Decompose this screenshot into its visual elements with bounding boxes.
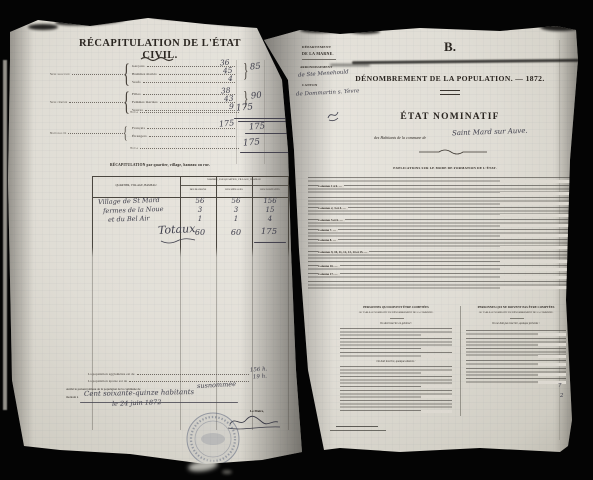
column-lines	[466, 368, 566, 376]
ink-rule	[234, 118, 288, 119]
margin-mark: 2	[560, 394, 564, 400]
table-row-value: 4	[256, 216, 284, 223]
montant-label: montant à	[66, 396, 78, 399]
francais-value: 175	[219, 119, 235, 128]
mairie-stamp	[184, 410, 242, 468]
include-subhead2: On doit inscrire, quoique absents :	[338, 360, 454, 363]
date-value: le 24 juin 1872	[112, 399, 162, 407]
torn-edge	[210, 18, 260, 25]
table-row-value: 56	[224, 198, 248, 205]
departement-label: DÉPARTEMENT	[302, 46, 331, 50]
column-lines	[340, 338, 452, 350]
veufs-label: Veufs	[132, 80, 141, 84]
scanned-census-spread: RÉCAPITULATION DE L'ÉTAT CIVIL. Sexe mas…	[0, 0, 593, 480]
table-total-value: 60	[188, 229, 212, 237]
paper-smudge	[222, 470, 232, 474]
form-ruling	[264, 60, 265, 164]
exclude-subhead1: On ne doit pas inscrire, quoique présent…	[464, 322, 568, 325]
group-nationalite-row: Nationalité	[50, 131, 124, 135]
table-row-value: 15	[256, 207, 284, 214]
arrete-value: susnommée	[197, 381, 236, 390]
paragraph-lines	[308, 197, 574, 205]
torn-edge	[350, 29, 380, 34]
brace-feminin	[123, 89, 130, 115]
title-ornament	[140, 56, 178, 62]
table-row-value: 1	[224, 216, 248, 223]
ink-rule	[254, 242, 286, 243]
table-col-header: QUARTIER, VILLAGE, HAMEAU	[94, 184, 178, 187]
group-masculin-row: Sexe masculin	[50, 72, 124, 76]
etat-title: ÉTAT NOMINATIF	[368, 112, 532, 122]
columns-divider	[460, 306, 461, 416]
column-lines	[340, 352, 452, 358]
commune-prefix: des Habitants de la commune de	[374, 136, 426, 140]
column-lines	[466, 330, 566, 336]
table-vline	[252, 176, 253, 430]
exclude-column-subheader: AU TABLEAU NOMINATIF DU DÉNOMBREMENT DE …	[464, 312, 568, 315]
group-nationalite-label: Nationalité	[50, 131, 66, 135]
column-lines	[466, 348, 566, 358]
table-total-value: 60	[224, 229, 248, 237]
dotted-leader	[68, 132, 123, 134]
femmes-mariees-label: Femmes mariées	[132, 100, 158, 104]
pop-eparse-label: La population éparse est de	[88, 379, 127, 383]
torn-edge	[300, 27, 340, 33]
table-row-value: 3	[188, 207, 212, 214]
dotted-leader	[69, 101, 123, 103]
group-feminin-label: Sexe féminin	[50, 100, 67, 104]
ink-rule	[240, 152, 294, 153]
include-column-header: PERSONNES QUI DOIVENT ÊTRE COMPTÉES	[338, 306, 454, 309]
total2-value: 175	[243, 138, 261, 148]
masculin-sum: 85	[250, 63, 262, 72]
recap-subtitle: RÉCAPITULATION par quartier, village, ha…	[70, 164, 250, 168]
paragraph-lead: Colonnes 1 à 6. —	[318, 185, 344, 188]
table-vline	[288, 176, 289, 430]
paragraph-lines	[308, 229, 574, 237]
paragraph-lines	[308, 219, 574, 227]
paragraph-lines	[308, 265, 574, 271]
paragraph-lead: Colonnes 2, 3 et 4. —	[318, 207, 348, 210]
table-row-name: fermes de la Noue	[103, 206, 164, 215]
brace-nationalite	[123, 124, 127, 141]
paragraph-lead: Colonne 7. —	[318, 229, 338, 232]
table-sub-header-menages: DES MÉNAGES	[217, 189, 251, 192]
table-header-sep	[180, 185, 289, 186]
canton-label: CANTON	[302, 84, 318, 88]
column-lines	[466, 338, 566, 346]
paragraph-lines	[308, 273, 574, 279]
hommes-maries-label: Hommes mariés	[132, 72, 157, 76]
table-total-value: 175	[254, 228, 284, 237]
exclude-column-header: PERSONNES QUI NE DOIVENT PAS ÊTRE COMPTÉ…	[464, 306, 568, 309]
paragraph-lines	[308, 207, 574, 217]
veufs-value: 4	[228, 75, 233, 83]
garcons-label: Garçons	[132, 64, 145, 68]
table-row-value: 156	[256, 198, 284, 205]
paragraph-lines	[308, 239, 574, 249]
sum-brace-masculin	[243, 61, 248, 81]
group-feminin-row: Sexe féminin	[50, 100, 124, 104]
torn-edge	[150, 12, 210, 19]
paragraph-lead: Colonne 17. —	[318, 273, 340, 276]
total1-value: 175	[236, 103, 254, 113]
ink-rule	[245, 133, 293, 134]
paragraph-lead: Colonne 8. —	[318, 239, 338, 242]
totals-flourish	[160, 238, 196, 244]
dotted-leader	[149, 135, 235, 137]
table-sub-header-habitants: DES HABITANTS	[253, 189, 287, 192]
heading-flourish	[418, 148, 488, 156]
paragraph-lead: Colonnes 5 et 6. —	[318, 219, 345, 222]
paragraph-lead: Colonnes 9, 10, 11, 12, 13, 14 et 15. —	[318, 251, 369, 254]
ink-paraph	[326, 108, 340, 122]
scan-streak	[330, 64, 370, 66]
corner-rule	[302, 59, 336, 60]
series-letter: B.	[438, 40, 462, 54]
brace-masculin	[123, 61, 130, 87]
column-rule	[390, 318, 404, 319]
dotted-leader	[140, 147, 239, 149]
table-row-name: et du Bel Air	[108, 215, 150, 223]
pop-agglomeree-label: La population agglomérée est de	[88, 372, 135, 376]
paragraph-lead: Colonne 16. —	[318, 265, 340, 268]
table-row-value: 56	[188, 198, 212, 205]
departement-name: DE LA MARNE.	[302, 52, 334, 56]
table-vline	[216, 176, 217, 430]
francais-label: Français	[132, 126, 145, 130]
table-top-border	[92, 176, 289, 177]
veufs-row: Veufs	[132, 80, 236, 84]
column-lines	[466, 360, 566, 366]
main-title: DÉNOMBREMENT DE LA POPULATION. — 1872.	[328, 75, 572, 83]
paragraph-lines	[308, 177, 574, 183]
column-lines	[340, 328, 452, 336]
column-lines	[340, 366, 452, 374]
etrangers-row: Étrangers	[132, 134, 236, 138]
total1-row: Total	[130, 110, 240, 114]
arrondissement-label: ARRONDISSEMENT	[300, 66, 332, 69]
group-masculin-label: Sexe masculin	[50, 72, 70, 76]
include-subhead1: On doit inscrire en général :	[338, 322, 454, 325]
feminin-sum: 90	[251, 92, 263, 101]
column-rule	[510, 318, 524, 319]
pop-eparse-value: 19 h.	[253, 375, 267, 381]
filles-label: Filles	[132, 92, 141, 96]
table-group-header: NOMBRE, PAR QUARTIER, VILLAGE, HAMEAU	[181, 179, 287, 182]
femmes-mariees-row: Femmes mariées	[132, 100, 236, 104]
dotted-leader	[140, 111, 239, 113]
torn-edge	[540, 23, 580, 31]
column-lines	[340, 390, 452, 398]
nationalite-sum: 175	[249, 122, 266, 132]
column-lines	[340, 376, 452, 388]
total2-row: Total	[130, 146, 240, 150]
column-lines	[340, 400, 452, 413]
total1-label: Total	[130, 110, 138, 114]
paragraph-lines	[308, 281, 574, 289]
dotted-leader	[143, 81, 235, 83]
column-lines	[466, 378, 566, 384]
pop-agglomeree-row: La population agglomérée est de	[88, 372, 250, 376]
table-row-value: 3	[224, 207, 248, 214]
dotted-leader	[137, 373, 249, 375]
include-column-subheader: AU TABLEAU NOMINATIF DU DÉNOMBREMENT DE …	[338, 312, 454, 315]
hommes-maries-row: Hommes mariés	[132, 72, 236, 76]
total2-label: Total	[130, 146, 138, 150]
etrangers-label: Étrangers	[132, 134, 147, 138]
dotted-leader	[72, 73, 123, 75]
torn-edge	[28, 24, 58, 30]
table-sub-header-maisons: DES MAISONS	[181, 189, 215, 192]
margin-mark: 7	[558, 384, 562, 390]
page-edge-sliver	[3, 60, 7, 410]
explanations-title: EXPLICATIONS SUR LE MODE DE FORMATION DE…	[328, 167, 562, 171]
paragraph-lines	[308, 185, 574, 195]
